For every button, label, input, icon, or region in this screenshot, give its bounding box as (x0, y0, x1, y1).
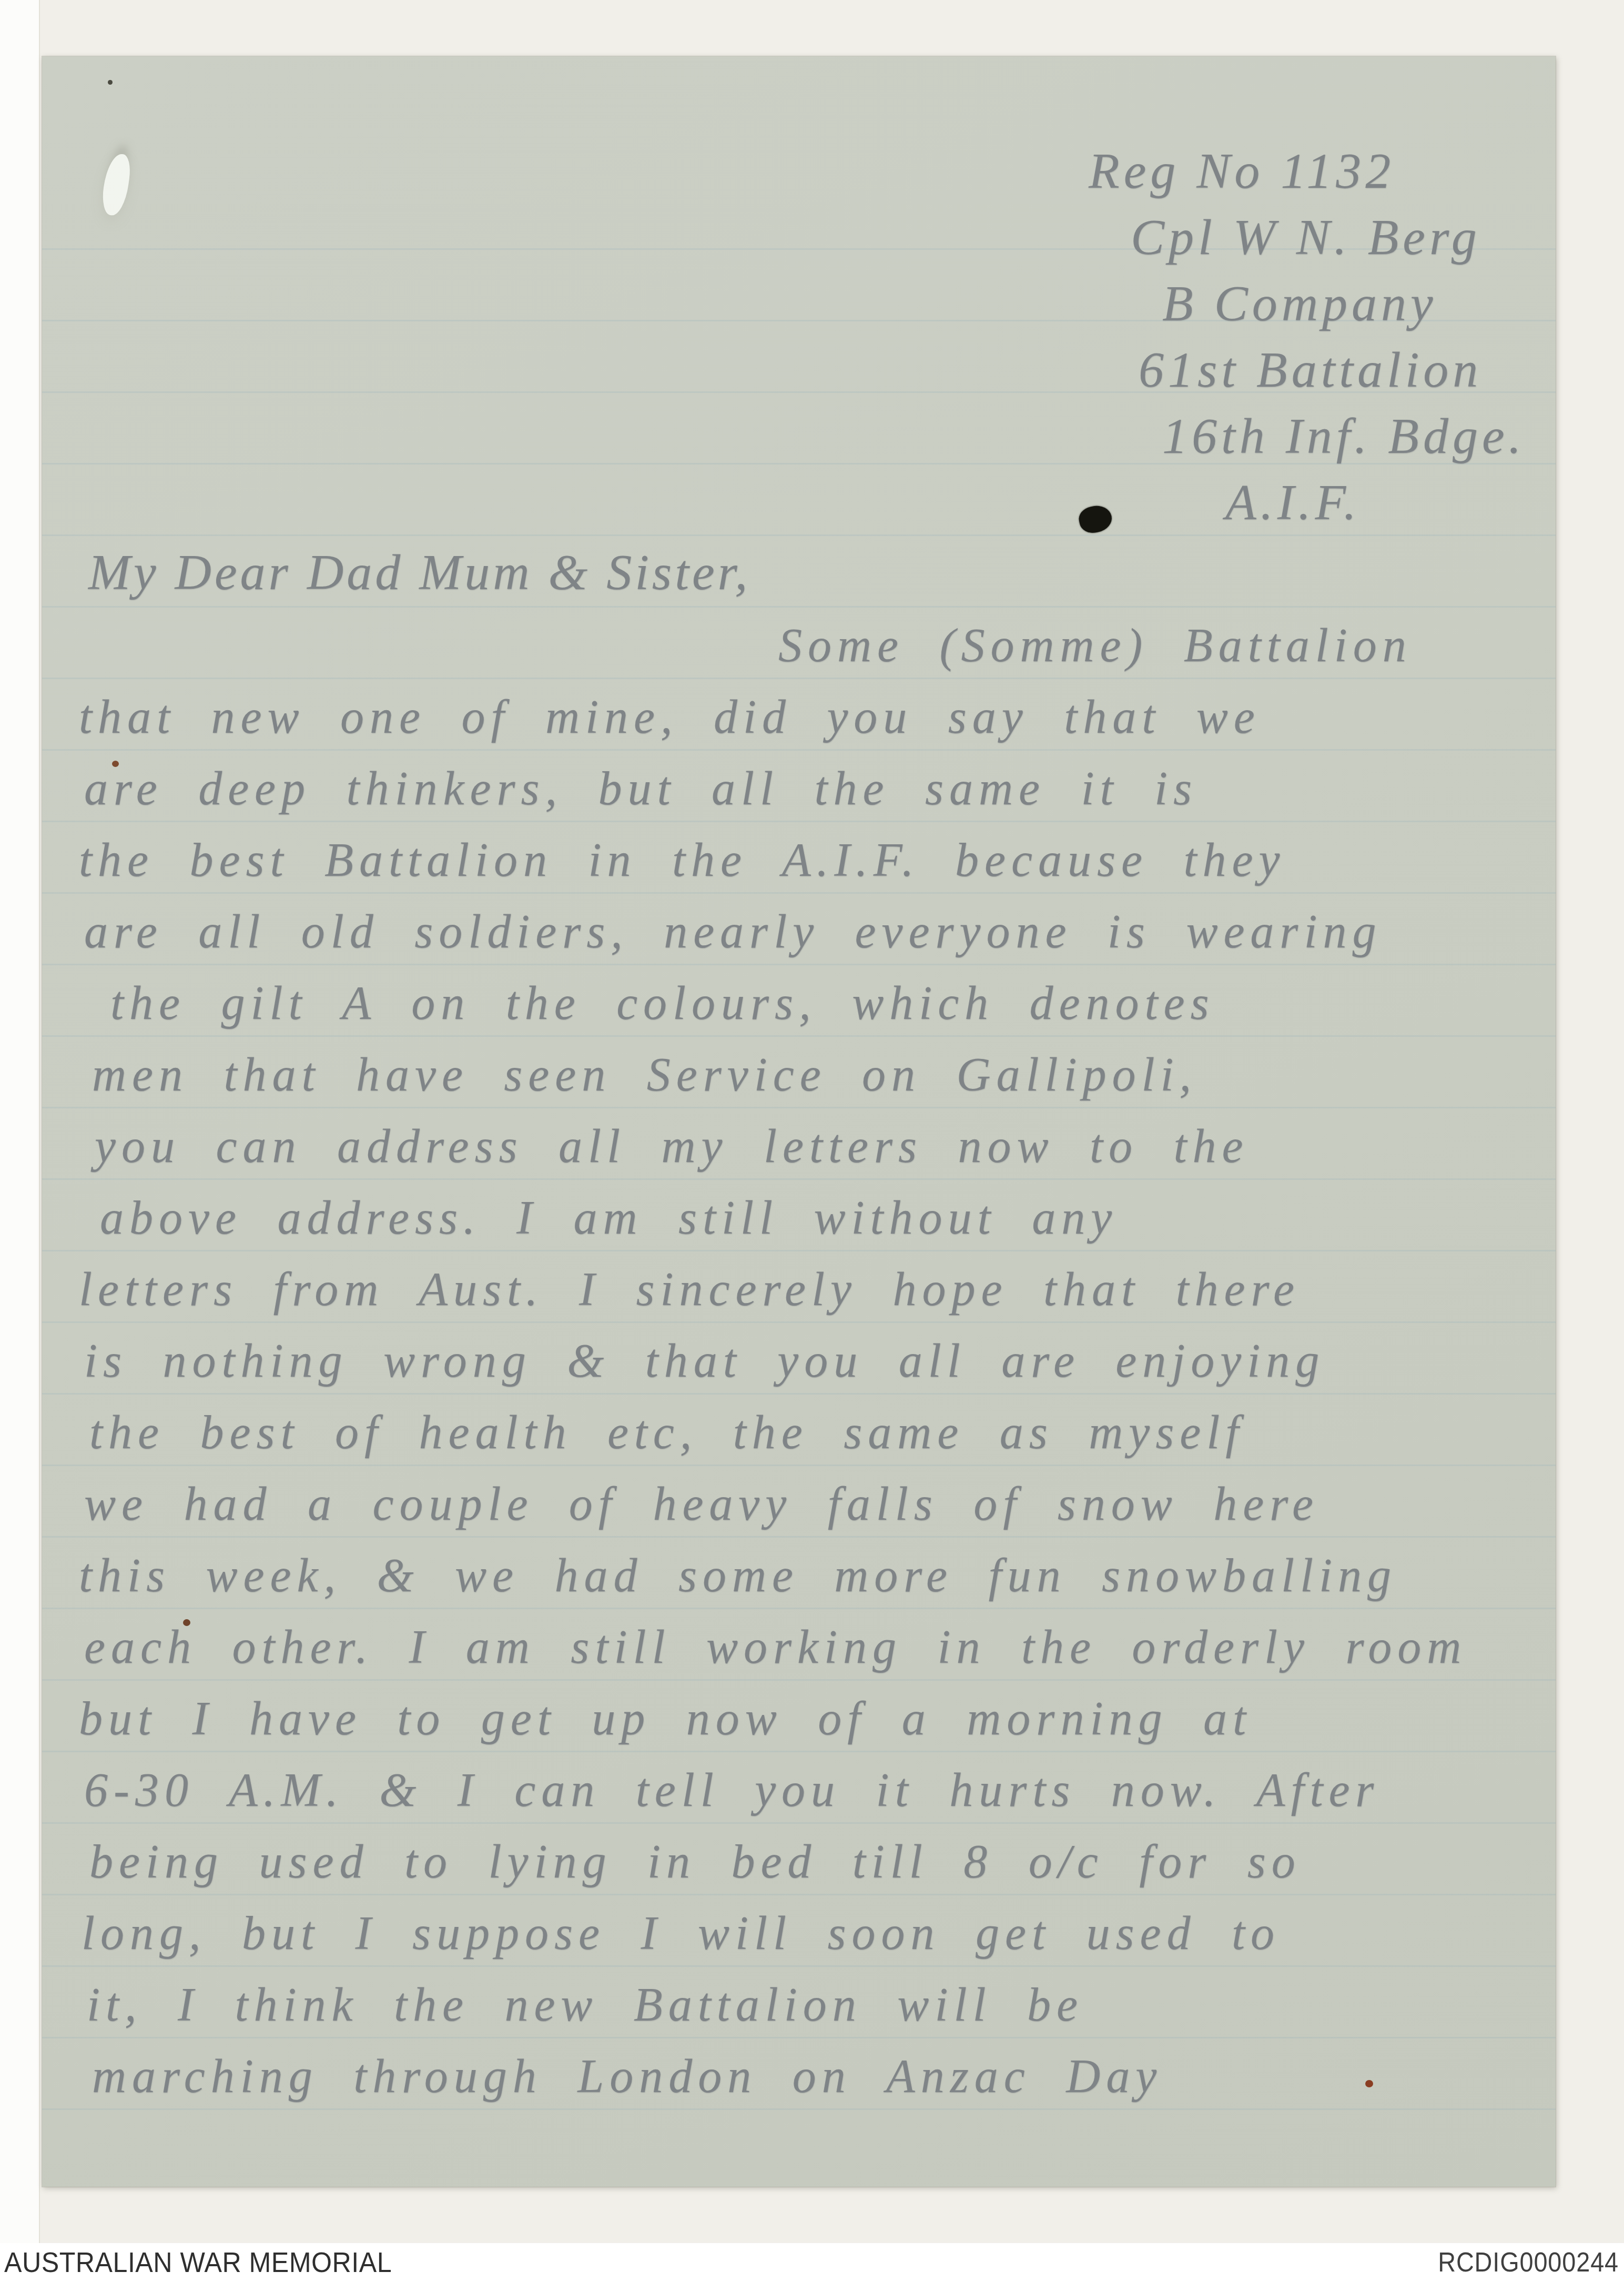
letter-line: above address. I am still without any (100, 1187, 1467, 1258)
letter-line: being used to lying in bed till 8 o/c fo… (89, 1831, 1467, 1902)
sender-address-line: Reg No 1132 (1089, 138, 1526, 204)
sender-address-line: 61st Battalion (1139, 337, 1526, 403)
letter-line: it, I think the new Battalion will be (87, 1974, 1467, 2045)
letter-line: but I have to get up now of a morning at (79, 1688, 1467, 1759)
letter-line: 6-30 A.M. & I can tell you it hurts now.… (84, 1759, 1467, 1831)
letter-line: the best of health etc, the same as myse… (89, 1401, 1467, 1473)
letter-line: marching through London on Anzac Day (92, 2045, 1467, 2117)
sender-address-line: A.I.F. (1225, 469, 1526, 536)
sender-address-block: Reg No 1132 Cpl W N. Berg B Company 61st… (1089, 138, 1526, 536)
letter-body: Some (Somme) Battalion that new one of m… (79, 614, 1467, 2117)
letter-line: that new one of mine, did you say that w… (79, 686, 1467, 758)
letter-line: is nothing wrong & that you all are enjo… (84, 1330, 1467, 1401)
scanned-letter-page: { "letter": { "header_lines": [ "Reg No … (0, 0, 1624, 2282)
awm-watermark: AUSTRALIAN WAR MEMORIAL (4, 2246, 392, 2279)
archive-footer: AUSTRALIAN WAR MEMORIAL RCDIG0000244 (0, 2243, 1624, 2282)
sender-address-line: 16th Inf. Bdge. (1162, 403, 1526, 469)
scanner-edge-strip (0, 0, 40, 2282)
salutation: My Dear Dad Mum & Sister, (88, 543, 750, 601)
letter-line: each other. I am still working in the or… (84, 1616, 1467, 1688)
letter-line: the best Battalion in the A.I.F. because… (79, 829, 1467, 901)
letter-line: letters from Aust. I sincerely hope that… (79, 1258, 1467, 1330)
letter-line: long, but I suppose I will soon get used… (82, 1902, 1467, 1974)
letter-line: we had a couple of heavy falls of snow h… (84, 1473, 1467, 1544)
letter-line: are all old soldiers, nearly everyone is… (84, 901, 1467, 972)
letter-line: men that have seen Service on Gallipoli, (92, 1044, 1467, 1115)
letter-line: this week, & we had some more fun snowba… (79, 1544, 1467, 1616)
letter-line: are deep thinkers, but all the same it i… (84, 758, 1467, 829)
sender-address-line: B Company (1162, 270, 1526, 337)
sender-address-line: Cpl W N. Berg (1131, 204, 1526, 270)
record-id: RCDIG0000244 (1438, 2247, 1619, 2278)
letter-line: you can address all my letters now to th… (95, 1115, 1467, 1187)
letter-line: the gilt A on the colours, which denotes (110, 972, 1467, 1044)
stain-dot (108, 80, 113, 85)
letter-line: Some (Somme) Battalion (778, 614, 1467, 686)
